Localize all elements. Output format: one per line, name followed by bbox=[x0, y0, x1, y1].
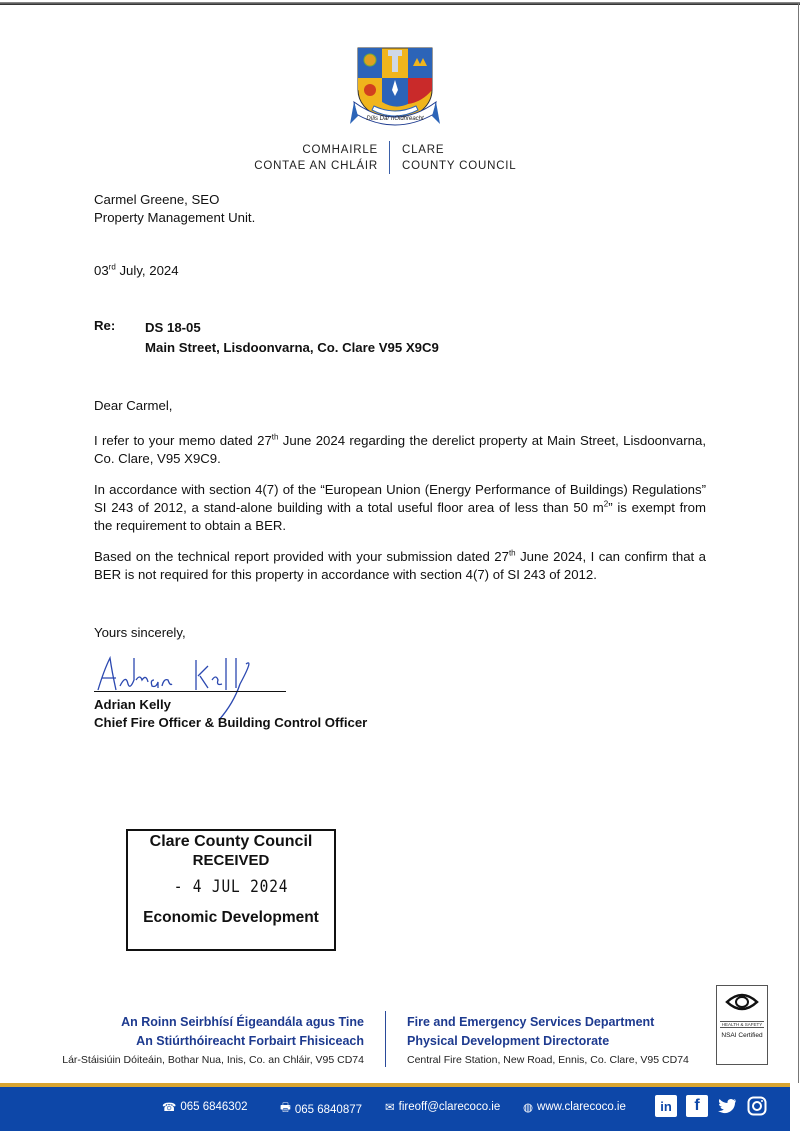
letter-date: 03rd July, 2024 bbox=[94, 262, 706, 280]
recipient-unit: Property Management Unit. bbox=[94, 209, 706, 227]
envelope-icon: ✉ bbox=[385, 1100, 395, 1114]
eye-icon bbox=[725, 992, 759, 1012]
globe-icon: ◍ bbox=[523, 1100, 533, 1114]
page-right-border bbox=[798, 3, 799, 1083]
clare-crest-logo: Dílis Dár nOidhreacht bbox=[350, 40, 440, 135]
signatory-title: Chief Fire Officer & Building Control Of… bbox=[94, 714, 706, 732]
subject-label: Re: bbox=[94, 318, 115, 333]
svg-text:Adrian Kelly: Adrian Kelly bbox=[96, 650, 102, 651]
received-stamp: Clare County Council RECEIVED - 4 JUL 20… bbox=[126, 829, 336, 951]
signatory-name: Adrian Kelly bbox=[94, 696, 706, 714]
council-name-divider bbox=[389, 141, 390, 174]
recipient-name: Carmel Greene, SEO bbox=[94, 191, 706, 209]
stamp-department: Economic Development bbox=[128, 909, 334, 927]
council-name-english: CLARE COUNTY COUNCIL bbox=[402, 142, 517, 174]
telephone-icon: ☎ bbox=[162, 1100, 176, 1114]
contact-fax[interactable]: 🖶 065 6840877 bbox=[280, 1100, 362, 1119]
footer-english: Fire and Emergency Services Department P… bbox=[407, 1013, 689, 1070]
contact-email[interactable]: ✉ fireoff@clarecoco.ie bbox=[385, 1100, 500, 1114]
paragraph-3: Based on the technical report provided w… bbox=[94, 548, 706, 584]
subject-address: Main Street, Lisdoonvarna, Co. Clare V95… bbox=[145, 338, 439, 358]
subject-block: DS 18-05 Main Street, Lisdoonvarna, Co. … bbox=[145, 318, 439, 358]
fax-icon: 🖶 bbox=[280, 1100, 291, 1119]
signature-line bbox=[94, 691, 286, 692]
council-name-irish: COMHAIRLE CONTAE AN CHLÁIR bbox=[254, 142, 378, 174]
closing: Yours sincerely, bbox=[94, 624, 706, 642]
page-top-border bbox=[0, 2, 800, 5]
linkedin-icon[interactable]: in bbox=[655, 1095, 677, 1117]
instagram-icon[interactable] bbox=[746, 1095, 768, 1117]
signatory-block: Adrian Kelly Chief Fire Officer & Buildi… bbox=[94, 696, 706, 732]
contact-website[interactable]: ◍ www.clarecoco.ie bbox=[523, 1100, 626, 1114]
paragraph-2: In accordance with section 4(7) of the “… bbox=[94, 481, 706, 535]
subject-reference: DS 18-05 bbox=[145, 318, 439, 338]
footer-irish: An Roinn Seirbhísí Éigeandála agus Tine … bbox=[62, 1013, 364, 1070]
stamp-date: - 4 JUL 2024 bbox=[143, 877, 318, 897]
recipient-block: Carmel Greene, SEO Property Management U… bbox=[94, 191, 706, 227]
twitter-icon[interactable] bbox=[716, 1095, 738, 1117]
stamp-status: RECEIVED bbox=[128, 852, 334, 869]
paragraph-1: I refer to your memo dated 27th June 202… bbox=[94, 432, 706, 468]
salutation: Dear Carmel, bbox=[94, 397, 706, 415]
contact-phone[interactable]: ☎ 065 6846302 bbox=[162, 1100, 247, 1114]
nsai-certification-badge: HEALTH & SAFETY NSAI Certified bbox=[716, 985, 768, 1065]
stamp-organisation: Clare County Council bbox=[128, 833, 334, 851]
svg-text:Dílis Dár nOidhreacht: Dílis Dár nOidhreacht bbox=[366, 116, 424, 122]
facebook-icon[interactable]: f bbox=[686, 1095, 708, 1117]
footer-divider bbox=[385, 1011, 386, 1067]
